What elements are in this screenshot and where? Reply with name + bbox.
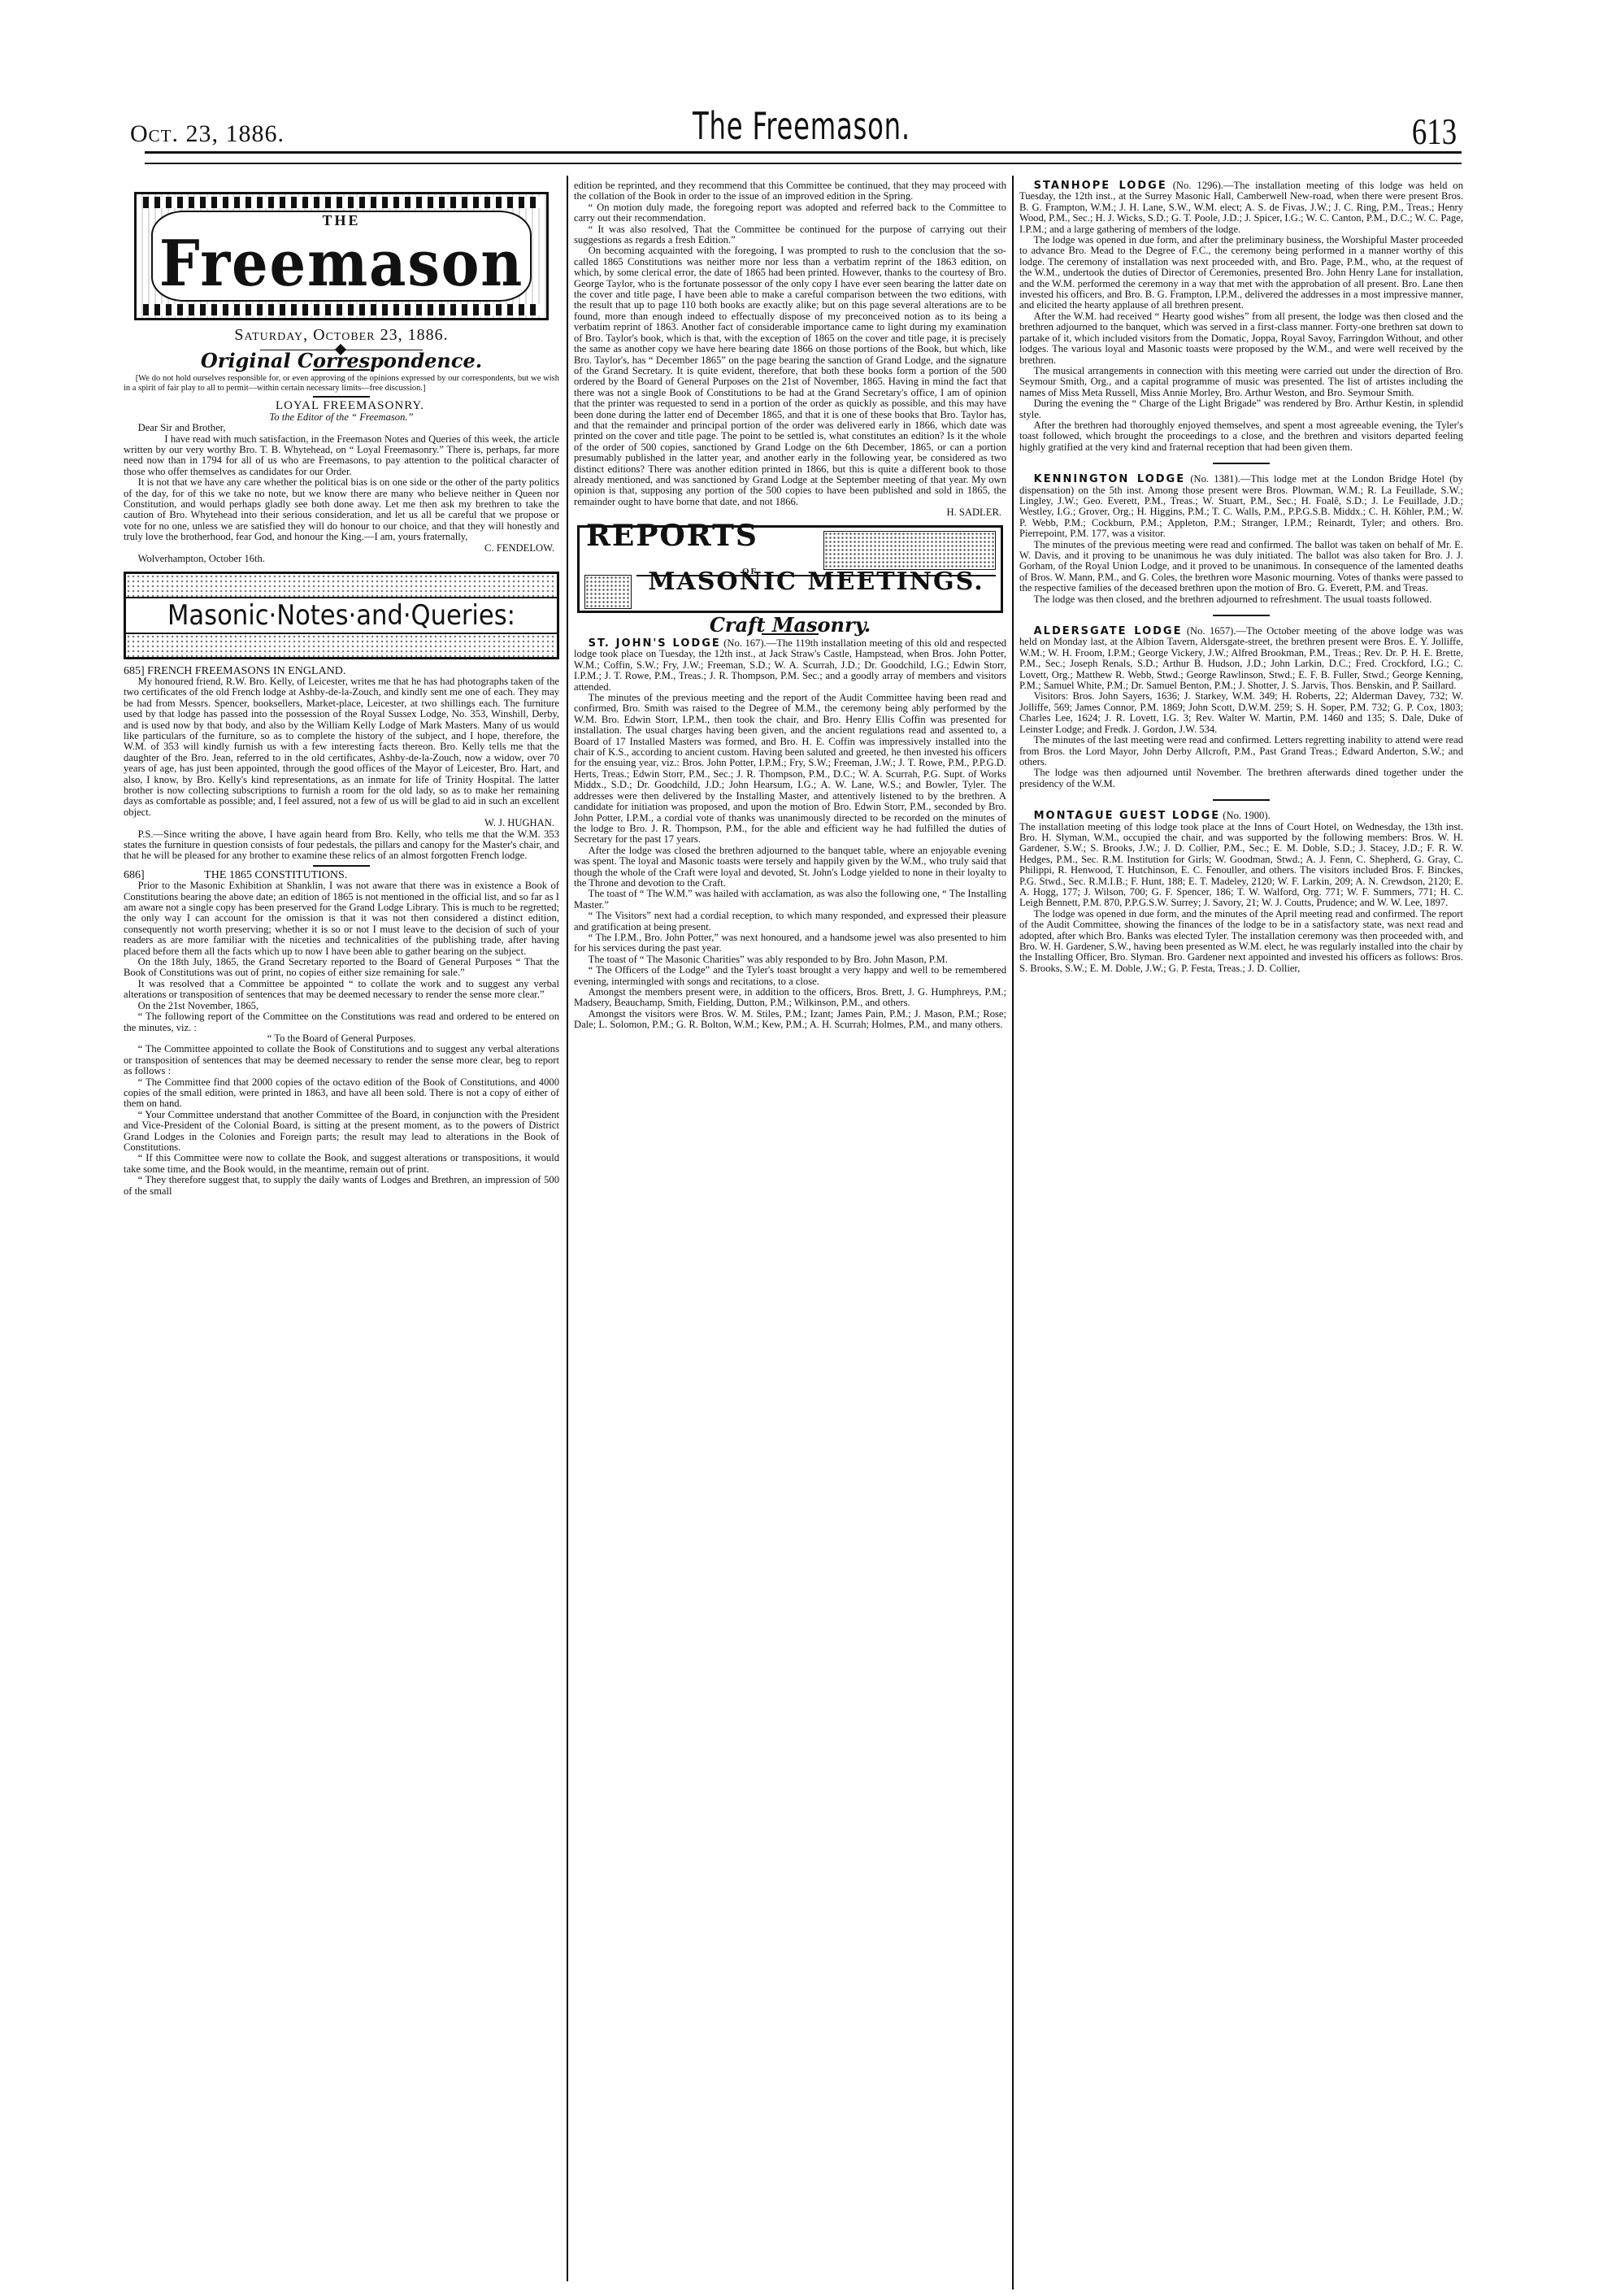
lodge-name: MONTAGUE GUEST LODGE (1034, 810, 1221, 822)
section-title-craft-masonry: Craft Masonry. (574, 620, 1006, 630)
letter-addressee: To the Editor of the “ Freemason.” (124, 412, 559, 423)
article-paragraph: edition be reprinted, and they recommend… (574, 180, 1006, 202)
reports-of-masonic-meetings-banner: REPORTS OF MASONIC MEETINGS. (577, 525, 1003, 613)
banner-masonic-meetings: MASONIC MEETINGS. (636, 575, 996, 587)
report-paragraph: Amongst the members present were, in add… (574, 987, 1006, 1009)
header-rule (145, 151, 1462, 154)
report-paragraph: The minutes of the previous meeting and … (574, 693, 1006, 846)
divider (1213, 463, 1270, 464)
report-paragraph: “ The Visitors” next had a cordial recep… (574, 911, 1006, 933)
lodge-number: (No. 1381). (1190, 473, 1240, 485)
report-paragraph: ALDERSGATE LODGE (No. 1657).—The October… (1019, 626, 1463, 691)
note-paragraph: “ The Committee appointed to collate the… (124, 1044, 559, 1076)
divider (1213, 799, 1270, 801)
masthead-border-pattern (143, 304, 540, 315)
letter-paragraph: I have read with much satisfaction, in t… (124, 434, 559, 478)
header-rule-secondary (145, 163, 1462, 164)
masthead-border-pattern (143, 197, 540, 208)
note-postscript: P.S.—Since writing the above, I have aga… (124, 829, 559, 862)
column-2: edition be reprinted, and they recommend… (574, 180, 1006, 1031)
column-divider (1012, 176, 1014, 2289)
report-paragraph: The lodge was opened in due form, and af… (1019, 235, 1463, 311)
report-paragraph: Visitors: Bros. John Sayers, 1636; J. St… (1019, 691, 1463, 735)
banner-label: Masonic·Notes·and·Queries: (126, 598, 557, 633)
report-paragraph: Amongst the visitors were Bros. W. M. St… (574, 1009, 1006, 1031)
square-compass-emblem-icon (584, 575, 632, 609)
note-paragraph: “ If this Committee were now to collate … (124, 1153, 559, 1175)
note-paragraph: Prior to the Masonic Exhibition at Shank… (124, 881, 559, 957)
report-paragraph: The minutes of the last meeting were rea… (1019, 735, 1463, 768)
banner-ornament (126, 574, 557, 598)
note-heading: 685] FRENCH FREEMASONS IN ENGLAND. (124, 666, 559, 676)
lodge-number: (No. 1296). (1173, 180, 1223, 191)
report-paragraph: The lodge was then closed, and the breth… (1019, 594, 1463, 605)
letter-salutation: Dear Sir and Brother, (124, 423, 559, 433)
report-paragraph: “ The I.P.M., Bro. John Potter,” was nex… (574, 933, 1006, 954)
masthead-logo: THE Freemason (134, 192, 549, 320)
report-paragraph: The lodge was then adjourned until Novem… (1019, 768, 1463, 789)
banner-reports: REPORTS (586, 531, 758, 541)
report-paragraph: The installation meeting of this lodge t… (1019, 822, 1463, 909)
note-paragraph: “ Your Committee understand that another… (124, 1110, 559, 1154)
divider (313, 396, 370, 398)
note-paragraph: “ The following report of the Committee … (124, 1011, 559, 1033)
report-paragraph: After the lodge was closed the brethren … (574, 846, 1006, 889)
report-paragraph: STANHOPE LODGE (No. 1296).—The installat… (1019, 180, 1463, 235)
column-divider (567, 176, 568, 2281)
lodge-interior-illustration (823, 531, 996, 570)
column-3: STANHOPE LODGE (No. 1296).—The installat… (1019, 180, 1463, 974)
report-paragraph: MONTAGUE GUEST LODGE (No. 1900). (1019, 811, 1463, 821)
lodge-number: (No. 1657). (1187, 625, 1236, 637)
column-1: THE Freemason Saturday, October 23, 1886… (124, 180, 559, 1197)
masthead-freemason: Freemason (157, 232, 526, 297)
lodge-number: (No. 167). (723, 637, 766, 649)
banner-ornament (126, 633, 557, 657)
report-paragraph: ST. JOHN'S LODGE (No. 167).—The 119th in… (574, 638, 1006, 693)
report-paragraph: The lodge was opened in due form, and th… (1019, 909, 1463, 974)
newspaper-title: The Freemason. (176, 104, 1427, 148)
article-paragraph: “ On motion duly made, the foregoing rep… (574, 202, 1006, 224)
article-paragraph: “ It was also resolved, That the Committ… (574, 224, 1006, 246)
report-paragraph: The toast of “ The Masonic Charities” wa… (574, 954, 1006, 965)
letter-title: LOYAL FREEMASONRY. (124, 401, 559, 411)
note-paragraph: “ They therefore suggest that, to supply… (124, 1175, 559, 1197)
note-heading: 686] THE 1865 CONSTITUTIONS. (124, 870, 559, 881)
editorial-disclaimer: [We do not hold ourselves responsible fo… (124, 374, 559, 393)
report-paragraph: The minutes of the previous meeting were… (1019, 540, 1463, 594)
report-paragraph: During the evening the “ Charge of the L… (1019, 398, 1463, 420)
note-address: “ To the Board of General Purposes. (124, 1033, 559, 1044)
divider (313, 865, 370, 867)
article-signature: H. SADLER. (574, 507, 1006, 518)
letter-paragraph: It is not that we have any care whether … (124, 477, 559, 542)
letter-place-date: Wolverhampton, October 16th. (124, 554, 559, 564)
divider (1213, 615, 1270, 616)
masthead-the: THE (137, 215, 546, 226)
report-paragraph: KENNINGTON LODGE (No. 1381).—This lodge … (1019, 474, 1463, 539)
page-number: 613 (1412, 110, 1457, 153)
report-paragraph: The toast of “ The W.M.” was hailed with… (574, 889, 1006, 911)
section-title-original-correspondence: Original Correspondence. (124, 355, 559, 366)
report-paragraph: After the brethren had thoroughly enjoye… (1019, 420, 1463, 453)
ornamental-rule (260, 350, 423, 350)
lodge-number: (No. 1900). (1223, 810, 1270, 821)
notes-and-queries-banner: Masonic·Notes·and·Queries: (124, 572, 559, 659)
note-paragraph: On the 21st November, 1865, (124, 1001, 559, 1011)
note-signature: W. J. HUGHAN. (124, 818, 559, 828)
letter-signature: C. FENDELOW. (124, 543, 559, 554)
report-paragraph: The musical arrangements in connection w… (1019, 366, 1463, 398)
report-paragraph: After the W.M. had received “ Hearty goo… (1019, 311, 1463, 366)
note-paragraph: It was resolved that a Committee be appo… (124, 979, 559, 1001)
note-paragraph: “ The Committee find that 2000 copies of… (124, 1077, 559, 1110)
note-paragraph: On the 18th July, 1865, the Grand Secret… (124, 957, 559, 979)
article-paragraph: On becoming acquainted with the foregoin… (574, 246, 1006, 507)
note-paragraph: My honoured friend, R.W. Bro. Kelly, of … (124, 676, 559, 818)
issue-date: Saturday, October 23, 1886. (124, 325, 559, 345)
report-paragraph: “ The Officers of the Lodge” and the Tyl… (574, 965, 1006, 987)
